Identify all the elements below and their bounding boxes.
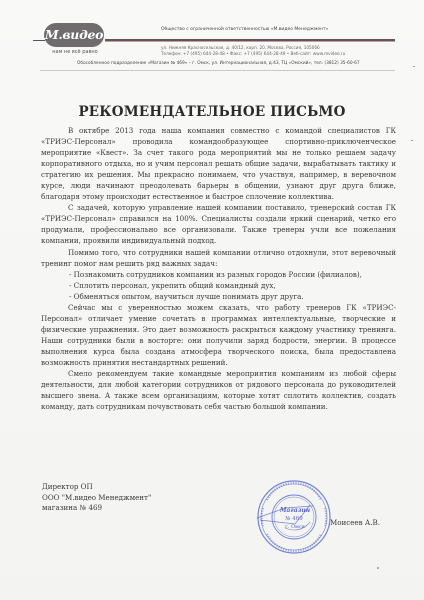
company-contacts: Телефон: +7 (495) 644-28-48 • Факс: +7 (…	[161, 51, 345, 56]
paragraph: С задачей, которую управление нашей комп…	[41, 202, 396, 246]
paragraph: В октябре 2013 года наша компания совмес…	[41, 125, 396, 202]
position-title: Директор ОП	[42, 482, 151, 493]
letter-page: М.видео нам не всё равно Общество с огра…	[0, 0, 424, 600]
list-item: - Обменяться опытом, научиться лучше пон…	[41, 291, 396, 302]
logo-tagline: нам не всё равно	[45, 49, 105, 55]
mvideo-logo: М.видео	[44, 23, 104, 47]
header-rule-accent	[105, 41, 395, 42]
scan-speck	[413, 66, 415, 67]
branch-rule	[40, 70, 395, 71]
signatory-position: Директор ОП ООО "М.видео Менеджмент" маг…	[42, 482, 151, 514]
scan-speck	[377, 567, 379, 569]
company-address: ул. Нижняя Красносельская, д. 40/12, кор…	[161, 45, 320, 50]
task-list: - Познакомить сотрудников компании из ра…	[41, 269, 396, 302]
scan-speck	[411, 140, 413, 141]
position-company: ООО "М.видео Менеджмент"	[42, 493, 151, 504]
position-store: магазина № 469	[42, 503, 151, 514]
branch-info: Обособленное подразделение «Магазин № 46…	[77, 61, 360, 66]
stamp-store-number: № 469	[285, 516, 303, 522]
letter-body: В октябре 2013 года наша компания совмес…	[41, 125, 396, 412]
paragraph: Смело рекомендуем такие командные меропр…	[41, 368, 396, 412]
document-title: РЕКОМЕНДАТЕЛЬНОЕ ПИСЬМО	[0, 104, 424, 120]
company-stamp-icon: Магазин № 469 г. Омск	[255, 478, 333, 556]
company-name: Общество с ограниченной ответственностью…	[161, 27, 328, 32]
paragraph: Сейчас мы с уверенностью можем сказать, …	[41, 302, 396, 368]
signatory-name: Моисеев А.В.	[330, 518, 380, 527]
stamp-city: г. Омск	[285, 524, 306, 530]
list-item: - Познакомить сотрудников компании из ра…	[41, 269, 396, 280]
paragraph: Помимо того, что сотрудники нашей компан…	[41, 247, 396, 269]
list-item: - Сплотить персонал, укрепить общий кома…	[41, 280, 396, 291]
stamp-store-label: Магазин	[279, 507, 311, 514]
logo-rule-left	[33, 40, 45, 41]
